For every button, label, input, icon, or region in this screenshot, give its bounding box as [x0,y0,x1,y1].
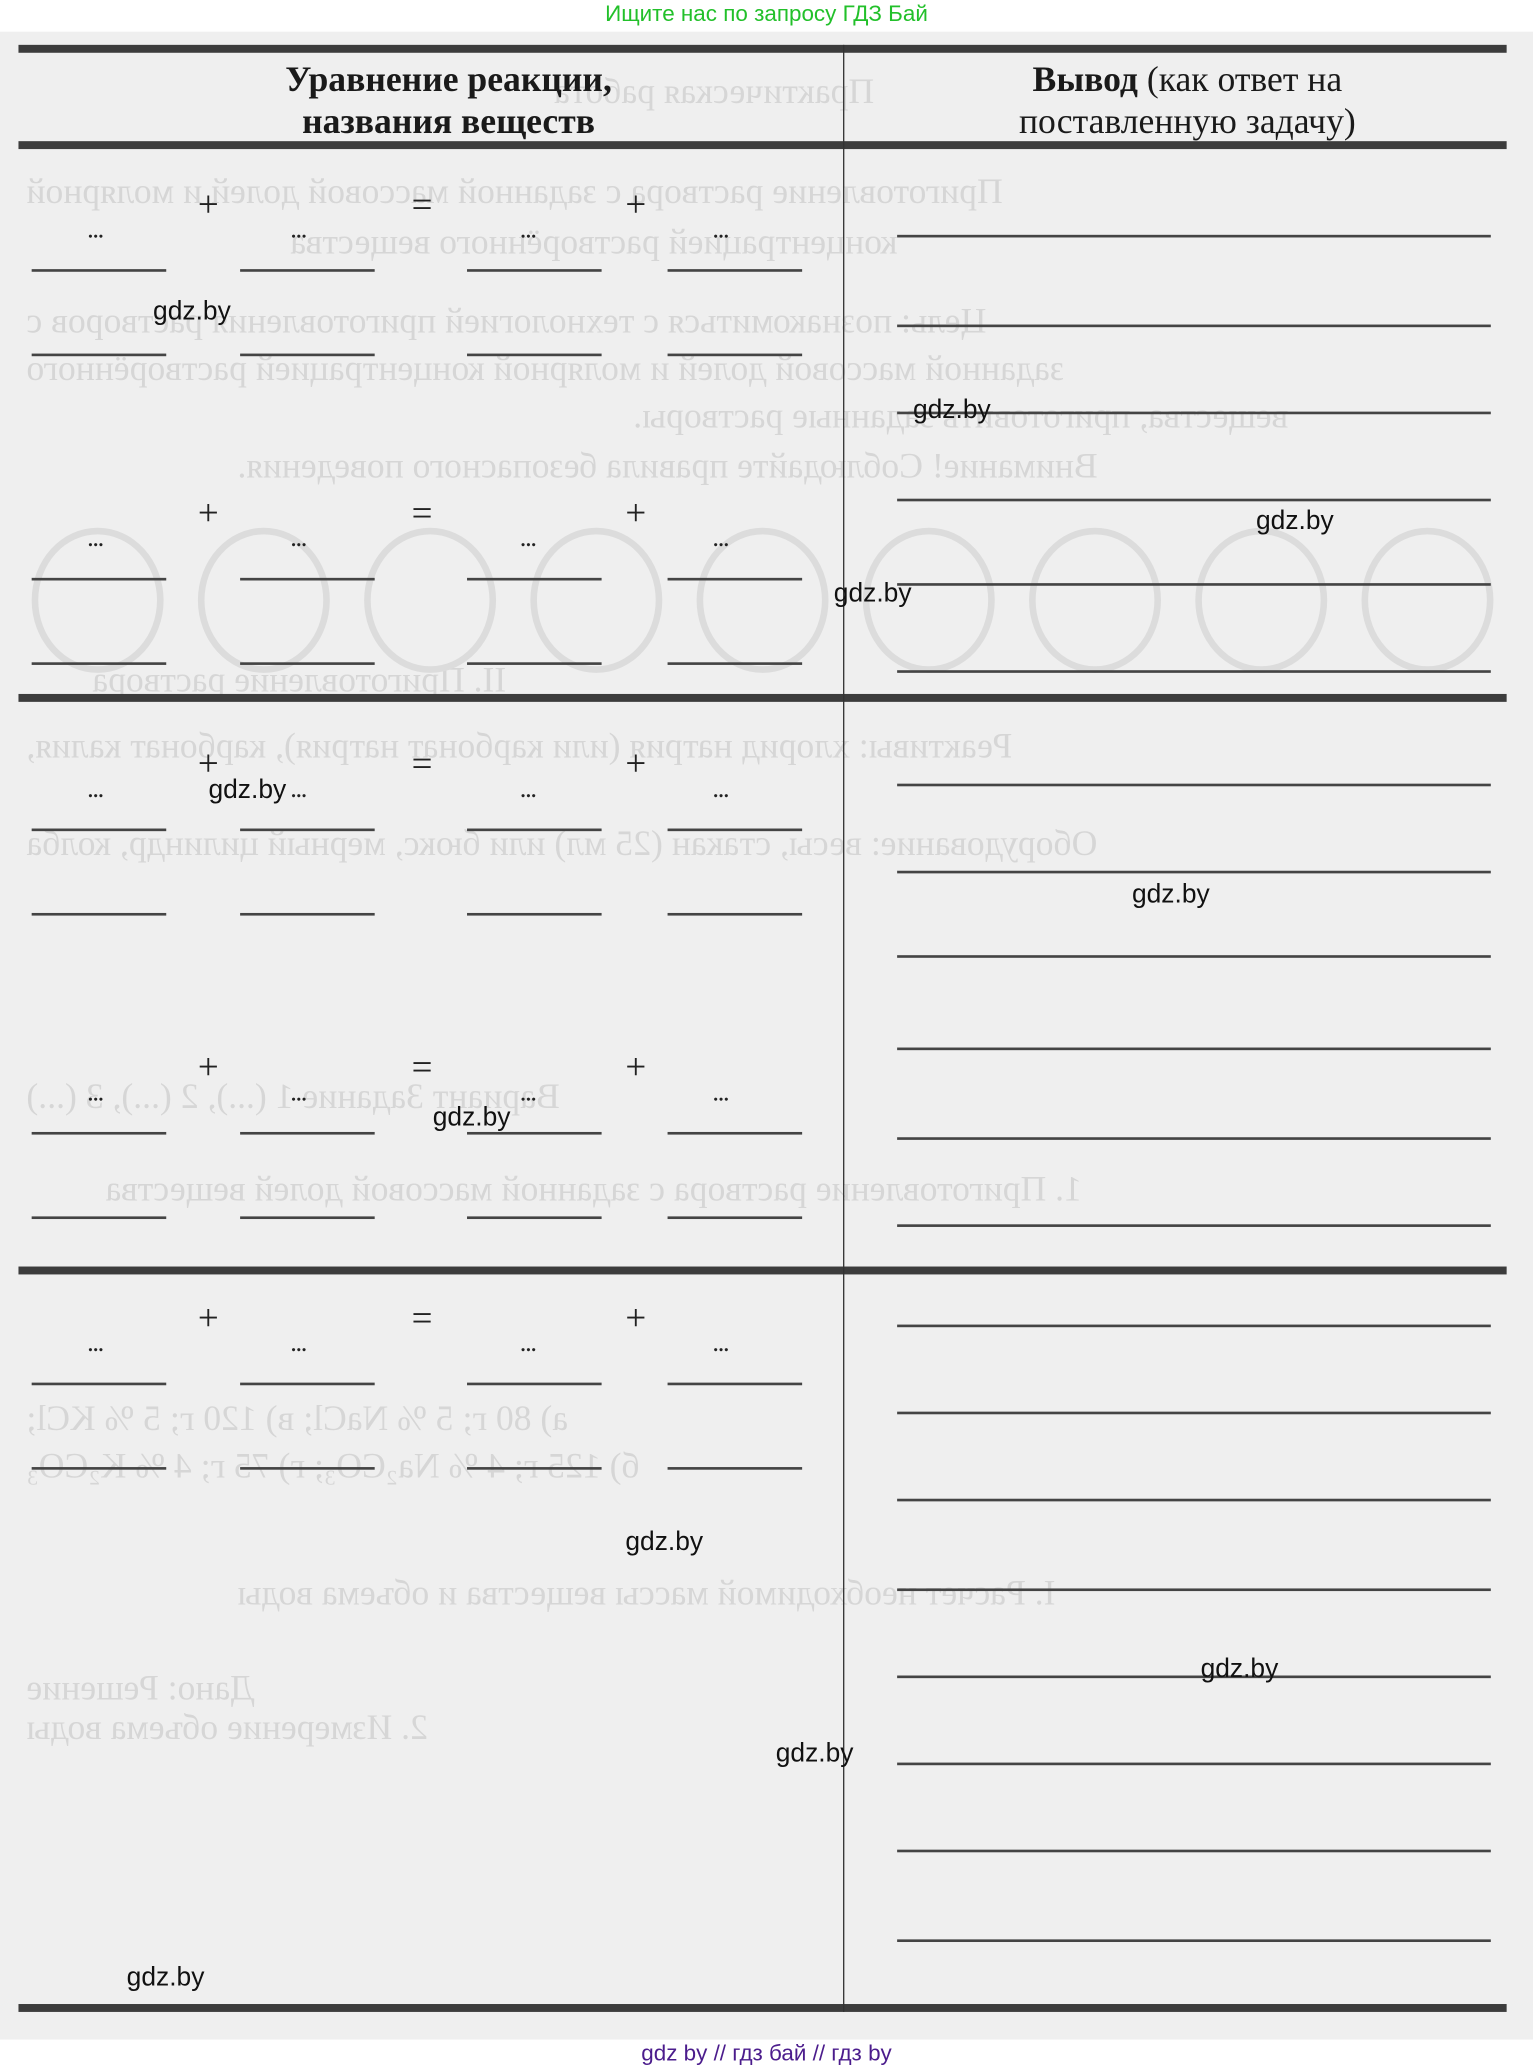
answer-line[interactable] [897,784,1491,787]
safety-pictogram [198,528,330,673]
plus-sign: + [198,1050,219,1087]
watermark: gdz.by [834,579,912,609]
placeholder-dots: ... [290,216,306,242]
watermark: gdz.by [1256,507,1334,537]
watermark: gdz.by [1201,1654,1279,1684]
placeholder-dots: ... [712,1079,728,1105]
answer-line[interactable] [897,499,1491,502]
equals-sign: = [412,747,433,784]
formula-blank[interactable] [32,662,167,665]
safety-pictogram [364,528,496,673]
formula-blank[interactable] [32,269,167,272]
section-rule [18,694,1506,702]
placeholder-dots: ... [87,216,103,242]
answer-line[interactable] [897,1137,1491,1140]
safety-pictogram [530,528,662,673]
formula-blank[interactable] [240,1132,375,1135]
answer-line[interactable] [897,1676,1491,1679]
formula-blank[interactable] [32,1132,167,1135]
formula-blank[interactable] [240,662,375,665]
formula-blank[interactable] [668,269,803,272]
safety-pictogram [1195,528,1327,673]
placeholder-dots: ... [712,525,728,551]
table-bottom-rule [18,2004,1506,2012]
formula-blank[interactable] [467,1383,602,1386]
formula-blank[interactable] [32,913,167,916]
placeholder-dots: ... [520,776,536,802]
formula-blank[interactable] [467,578,602,581]
formula-blank[interactable] [240,1216,375,1219]
placeholder-dots: ... [712,216,728,242]
formula-blank[interactable] [668,1132,803,1135]
placeholder-dots: ... [87,1079,103,1105]
header-line: Уравнение реакции, [285,59,612,99]
watermark: gdz.by [153,297,231,327]
bleedthrough-text: 1. Приготовление раствора с заданной мас… [106,1169,1082,1210]
answer-line[interactable] [897,1588,1491,1591]
watermark: gdz.by [127,1963,205,1993]
formula-blank[interactable] [467,1467,602,1470]
column-divider [843,45,844,2012]
answer-line[interactable] [897,955,1491,958]
bleedthrough-text: I. Расчет необходимой массы вещества и о… [237,1573,1055,1614]
placeholder-dots: ... [520,1330,536,1356]
formula-blank[interactable] [467,354,602,357]
plus-sign: + [625,496,646,533]
placeholder-dots: ... [520,216,536,242]
formula-blank[interactable] [668,1216,803,1219]
formula-blank[interactable] [240,578,375,581]
equals-sign: = [412,1050,433,1087]
answer-line[interactable] [897,1850,1491,1853]
formula-blank[interactable] [467,1216,602,1219]
formula-blank[interactable] [467,913,602,916]
col-equation-header: Уравнение реакции, названия веществ [158,58,738,142]
placeholder-dots: ... [712,1330,728,1356]
plus-sign: + [198,187,219,224]
answer-line[interactable] [897,1939,1491,1942]
worksheet: Практическая работа Приготовление раство… [0,32,1533,2040]
formula-blank[interactable] [668,1467,803,1470]
plus-sign: + [625,747,646,784]
bleedthrough-text: Дано: Решение [26,1668,254,1709]
formula-blank[interactable] [668,913,803,916]
col-conclusion-header: Вывод (как ответ на поставленную задачу) [924,58,1452,142]
formula-blank[interactable] [240,1383,375,1386]
banner-text[interactable]: Ищите нас по запросу ГДЗ Бай [605,1,928,26]
header-line: названия веществ [302,102,595,142]
plus-sign: + [198,1301,219,1338]
plus-sign: + [198,496,219,533]
header-line: поставленную задачу) [1019,102,1356,142]
section-rule [18,1267,1506,1275]
equals-sign: = [412,187,433,224]
header-bold: Вывод [1033,59,1138,99]
formula-blank[interactable] [32,1383,167,1386]
bleedthrough-text: концентрацией растворённого вещества [290,222,897,263]
search-banner[interactable]: Ищите нас по запросу ГДЗ Бай [0,0,1533,32]
placeholder-dots: ... [712,776,728,802]
answer-line[interactable] [897,1763,1491,1766]
footer-text[interactable]: gdz by // гдз бай // гдз by [641,2041,892,2066]
page: Ищите нас по запросу ГДЗ Бай Практическа… [0,0,1533,2069]
watermark: gdz.by [1132,880,1210,910]
placeholder-dots: ... [290,525,306,551]
answer-line[interactable] [897,1325,1491,1328]
answer-line[interactable] [897,1499,1491,1502]
bleedthrough-text: Внимание! Соблюдайте правила безопасного… [237,446,1097,487]
placeholder-dots: ... [520,1079,536,1105]
formula-blank[interactable] [32,354,167,357]
placeholder-dots: ... [87,776,103,802]
formula-blank[interactable] [467,829,602,832]
equals-sign: = [412,496,433,533]
formula-blank[interactable] [32,578,167,581]
answer-line[interactable] [897,235,1491,238]
plus-sign: + [625,187,646,224]
placeholder-dots: ... [520,525,536,551]
placeholder-dots: ... [87,525,103,551]
placeholder-dots: ... [87,1330,103,1356]
formula-blank[interactable] [32,1467,167,1470]
bleedthrough-text: Реактивы: хлорид натрия (или карбонат на… [26,726,1012,767]
formula-blank[interactable] [668,354,803,357]
watermark: gdz.by [625,1528,703,1558]
formula-blank[interactable] [240,354,375,357]
plus-sign: + [625,1050,646,1087]
watermark: gdz.by [776,1739,854,1769]
table-top-rule [18,45,1506,53]
answer-line[interactable] [897,1048,1491,1051]
formula-blank[interactable] [668,578,803,581]
answer-line[interactable] [897,670,1491,673]
header-line: (как ответ на [1138,59,1342,99]
equals-sign: = [412,1301,433,1338]
watermark: gdz.by [913,396,991,426]
placeholder-dots: ... [290,776,306,802]
placeholder-dots: ... [290,1330,306,1356]
bleedthrough-text: а) 80 г; 5 % NaCl; в) 120 г; 5 % KCl; [26,1398,568,1439]
safety-pictogram [1362,528,1494,673]
placeholder-dots: ... [290,1079,306,1105]
formula-blank[interactable] [240,913,375,916]
bleedthrough-text: 2. Измерение объема воды [26,1707,427,1748]
formula-blank[interactable] [240,269,375,272]
answer-line[interactable] [897,1224,1491,1227]
formula-blank[interactable] [240,1467,375,1470]
safety-pictogram [1029,528,1161,673]
answer-line[interactable] [897,1412,1491,1415]
formula-blank[interactable] [668,1383,803,1386]
formula-blank[interactable] [240,829,375,832]
formula-blank[interactable] [32,1216,167,1219]
answer-line[interactable] [897,325,1491,328]
formula-blank[interactable] [668,829,803,832]
bleedthrough-text: Приготовление раствора с заданной массов… [26,172,1002,213]
formula-blank[interactable] [32,829,167,832]
answer-line[interactable] [897,871,1491,874]
watermark: gdz.by [208,776,286,806]
footer-links[interactable]: gdz by // гдз бай // гдз by [0,2040,1533,2069]
answer-line[interactable] [897,583,1491,586]
formula-blank[interactable] [467,269,602,272]
formula-blank[interactable] [668,662,803,665]
formula-blank[interactable] [467,662,602,665]
watermark: gdz.by [433,1103,511,1133]
plus-sign: + [625,1301,646,1338]
